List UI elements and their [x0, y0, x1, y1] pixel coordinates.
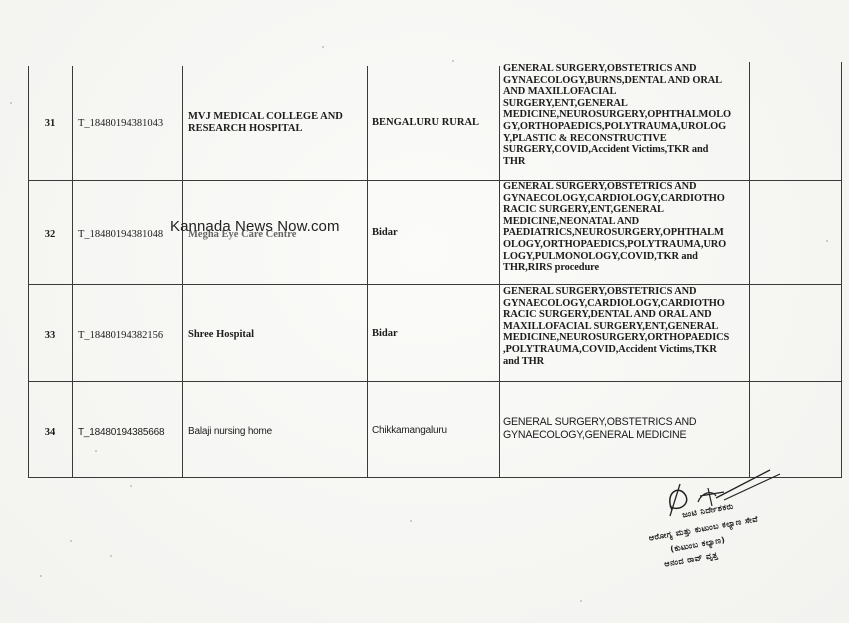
hospital-id: T_18480194385668 — [78, 427, 182, 439]
scan-speck — [130, 485, 132, 487]
speciality-line: SURGERY,COVID,Accident Victims,TKR and — [503, 144, 748, 156]
district: Bidar — [372, 328, 497, 340]
scan-speck — [10, 102, 12, 104]
specialities: GENERAL SURGERY,OBSTETRICS ANDGYNAECOLOG… — [503, 63, 748, 167]
serial-number: 31 — [28, 118, 72, 130]
speciality-line: THR,RIRS procedure — [503, 262, 748, 274]
column-divider — [182, 66, 183, 478]
specialities: GENERAL SURGERY,OBSTETRICS ANDGYNAECOLOG… — [503, 286, 748, 367]
speciality-line: MEDICINE,NEUROSURGERY,OPHTHALMOLO — [503, 109, 748, 121]
hospital-name: MVJ MEDICAL COLLEGE AND RESEARCH HOSPITA… — [188, 111, 363, 135]
scan-speck — [110, 555, 112, 557]
district: BENGALURU RURAL — [372, 117, 497, 129]
speciality-line: GY,ORTHOPAEDICS,POLYTRAUMA,UROLOG — [503, 121, 748, 133]
speciality-line: MEDICINE,NEONATAL AND — [503, 216, 748, 228]
scan-speck — [70, 540, 72, 542]
speciality-line: GYNAECOLOGY,BURNS,DENTAL AND ORAL — [503, 75, 748, 87]
scan-speck — [40, 575, 42, 577]
speciality-line: GENERAL SURGERY,OBSTETRICS AND — [503, 181, 748, 193]
speciality-line: GYNAECOLOGY,CARDIOLOGY,CARDIOTHO — [503, 298, 748, 310]
scanned-document-page: 31 T_18480194381043 MVJ MEDICAL COLLEGE … — [0, 0, 849, 623]
watermark-text: Kannada News Now.com — [170, 218, 340, 235]
speciality-line: MAXILLOFACIAL SURGERY,ENT,GENERAL — [503, 321, 748, 333]
speciality-line: GENERAL SURGERY,OBSTETRICS AND — [503, 63, 748, 75]
speciality-line: GENERAL SURGERY,OBSTETRICS AND — [503, 286, 748, 298]
speciality-line: LOGY,PULMONOLOGY,COVID,TKR and — [503, 251, 748, 263]
serial-number: 32 — [28, 229, 72, 241]
district: Bidar — [372, 227, 497, 239]
speciality-line: AND MAXILLOFACIAL — [503, 86, 748, 98]
scan-speck — [826, 240, 828, 242]
speciality-line: THR — [503, 156, 748, 168]
scan-speck — [95, 450, 97, 452]
hospital-id: T_18480194382156 — [78, 330, 182, 342]
speciality-line: SURGERY,ENT,GENERAL — [503, 98, 748, 110]
signature-stamp: ಜಂಟಿ ನಿರ್ದೇಶಕರು ಆರೋಗ್ಯ ಮತ್ತು ಕುಟುಂಬ ಕಲ್ಯ… — [620, 462, 840, 572]
column-divider — [749, 62, 750, 478]
specialities: GENERAL SURGERY,OBSTETRICS ANDGYNAECOLOG… — [503, 416, 748, 441]
scan-speck — [580, 600, 582, 602]
speciality-line: RACIC SURGERY,DENTAL AND ORAL AND — [503, 309, 748, 321]
table-border-right — [841, 62, 842, 478]
hospital-id: T_18480194381048 — [78, 229, 182, 241]
serial-number: 34 — [28, 427, 72, 439]
scan-speck — [322, 46, 324, 48]
scan-speck — [410, 520, 412, 522]
district: Chikkamangaluru — [372, 425, 497, 437]
speciality-line: ,POLYTRAUMA,COVID,Accident Victims,TKR — [503, 344, 748, 356]
hospital-name: Shree Hospital — [188, 329, 363, 341]
hospital-name: Balaji nursing home — [188, 426, 363, 438]
signature-icon — [620, 462, 840, 522]
scan-speck — [452, 60, 454, 62]
speciality-line: RACIC SURGERY,ENT,GENERAL — [503, 204, 748, 216]
speciality-line: GENERAL SURGERY,OBSTETRICS AND — [503, 416, 748, 429]
speciality-line: MEDICINE,NEUROSURGERY,ORTHOPAEDICS — [503, 332, 748, 344]
row-divider — [28, 381, 842, 382]
speciality-line: and THR — [503, 356, 748, 368]
serial-number: 33 — [28, 330, 72, 342]
speciality-line: GYNAECOLOGY,CARDIOLOGY,CARDIOTHO — [503, 193, 748, 205]
column-divider — [499, 66, 500, 478]
speciality-line: PAEDIATRICS,NEUROSURGERY,OPHTHALM — [503, 227, 748, 239]
speciality-line: OLOGY,ORTHOPAEDICS,POLYTRAUMA,URO — [503, 239, 748, 251]
speciality-line: GYNAECOLOGY,GENERAL MEDICINE — [503, 429, 748, 442]
hospital-id: T_18480194381043 — [78, 118, 182, 130]
column-divider — [367, 66, 368, 478]
column-divider — [72, 66, 73, 478]
specialities: GENERAL SURGERY,OBSTETRICS ANDGYNAECOLOG… — [503, 181, 748, 274]
speciality-line: Y,PLASTIC & RECONSTRUCTIVE — [503, 133, 748, 145]
